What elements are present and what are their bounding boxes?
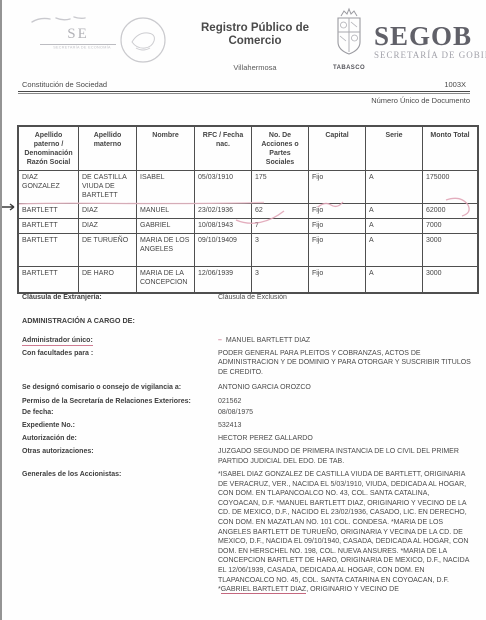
administration-heading: ADMINISTRACIÓN A CARGO DE: — [22, 316, 472, 325]
table-cell: 23/02/1936 — [195, 204, 252, 219]
shareholders-details-paragraph: *ISABEL DIAZ GONZALEZ DE CASTILLA VIUDA … — [218, 470, 472, 595]
col-header-nombre: Nombre — [137, 127, 195, 171]
field-autorizacion: Autorización de: HECTOR PEREZ GALLARDO — [22, 434, 472, 444]
document-number: 1003X — [444, 80, 466, 89]
info-section: Cláusula de Extranjería: Cláusula de Exc… — [22, 293, 472, 595]
table-cell: Fijo — [309, 267, 366, 293]
table-cell: BARTLETT — [19, 267, 79, 293]
col-header-monto: Monto Total — [423, 127, 478, 171]
registry-title: Registro Público de Comercio — [165, 22, 345, 48]
divider-rule — [18, 91, 470, 94]
table-cell: GABRIEL — [137, 219, 195, 234]
field-permiso-sre: Permiso de la Secretaría de Relaciones E… — [22, 397, 472, 407]
table-cell: DE HARO — [79, 267, 137, 293]
table-row: BARTLETT DIAZ MANUEL 23/02/1936 62 Fijo … — [19, 204, 478, 219]
table-cell: A — [366, 171, 423, 204]
table-cell: MARIA DE LOS ANGELES — [137, 234, 195, 267]
field-comisario: Se designó comisario o consejo de vigila… — [22, 383, 472, 393]
table-cell: 12/06/1939 — [195, 267, 252, 293]
tabasco-label: TABASCO — [324, 65, 374, 71]
table-cell: 7 — [252, 219, 309, 234]
field-label: De fecha: — [22, 408, 218, 418]
table-cell: 175 — [252, 171, 309, 204]
se-logo-rule — [40, 44, 116, 45]
field-label: Se designó comisario o consejo de vigila… — [22, 383, 218, 393]
col-header-serie: Serie — [366, 127, 423, 171]
table-cell: DIAZ — [79, 219, 137, 234]
table-cell: Fijo — [309, 204, 366, 219]
document-bar: Constitución de Sociedad 1003X Número Ún… — [18, 80, 470, 105]
se-logo-text: SE — [38, 26, 118, 43]
field-value: JUZGADO SEGUNDO DE PRIMERA INSTANCIA DE … — [218, 447, 472, 466]
table-cell: DIAZ — [79, 204, 137, 219]
field-value: 532413 — [218, 421, 472, 431]
field-value: HECTOR PEREZ GALLARDO — [218, 434, 472, 444]
table-cell: BARTLETT — [19, 204, 79, 219]
segob-logo-text: SEGOB — [374, 22, 486, 50]
table-header-row: Apellido paterno / Denominación Razón So… — [19, 127, 478, 171]
table-cell: 7000 — [423, 219, 478, 234]
registry-title-line1: Registro Público de — [165, 22, 345, 35]
document-type: Constitución de Sociedad — [22, 80, 107, 89]
col-header-capital: Capital — [309, 127, 366, 171]
table-cell: MANUEL — [137, 204, 195, 219]
se-economia-logo: SE SECRETARÍA DE ECONOMÍA — [38, 26, 118, 52]
table-cell: A — [366, 234, 423, 267]
table-cell: ISABEL — [137, 171, 195, 204]
field-de-fecha: De fecha: 08/08/1975 — [22, 408, 472, 418]
field-value: ANTONIO GARCIA OROZCO — [218, 383, 472, 393]
table-row: BARTLETT DIAZ GABRIEL 10/08/1943 7 Fijo … — [19, 219, 478, 234]
table-cell: MARIA DE LA CONCEPCION — [137, 267, 195, 293]
segob-logo-subtitle: SECRETARÍA DE GOBIE — [374, 50, 486, 60]
document-number-label: Número Único de Documento — [18, 96, 470, 105]
table-cell: Fijo — [309, 234, 366, 267]
segob-logo: SEGOB SECRETARÍA DE GOBIE — [374, 22, 486, 60]
table-row: BARTLETT DE HARO MARIA DE LA CONCEPCION … — [19, 267, 478, 293]
table-cell: DE TURUEÑO — [79, 234, 137, 267]
document-page: SE SECRETARÍA DE ECONOMÍA Registro Públi… — [0, 0, 486, 620]
underlined-name: GABRIEL BARTLETT DIAZ — [221, 586, 306, 594]
field-label: Generales de los Accionistas: — [22, 470, 218, 595]
table-cell: 3000 — [423, 267, 478, 293]
table-cell: 09/10/19409 — [195, 234, 252, 267]
field-label: Otras autorizaciones: — [22, 447, 218, 466]
paragraph-text: , ORIGINARIO Y VECINO DE — [306, 586, 399, 593]
table-cell: 175000 — [423, 171, 478, 204]
field-administrador-unico: Administrador único: –MANUEL BARTLETT DI… — [22, 336, 472, 346]
table-cell: 10/08/1943 — [195, 219, 252, 234]
field-label: Expediente No.: — [22, 421, 218, 431]
field-otras-autorizaciones: Otras autorizaciones: JUZGADO SEGUNDO DE… — [22, 447, 472, 466]
field-value: Cláusula de Exclusión — [218, 293, 472, 303]
field-value: 08/08/1975 — [218, 408, 472, 418]
registry-title-line2: Comercio — [165, 35, 345, 48]
table-cell: Fijo — [309, 171, 366, 204]
field-clausula-extranjeria: Cláusula de Extranjería: Cláusula de Exc… — [22, 293, 472, 303]
field-value: PODER GENERAL PARA PLEITOS Y COBRANZAS, … — [218, 349, 472, 378]
table-cell: 62 — [252, 204, 309, 219]
table-cell: BARTLETT — [19, 219, 79, 234]
field-facultades: Con facultades para : PODER GENERAL PARA… — [22, 349, 472, 378]
table-cell: 3000 — [423, 234, 478, 267]
row-pointer-arrow-icon — [2, 204, 14, 210]
table-cell: A — [366, 219, 423, 234]
eagle-seal-icon — [118, 14, 168, 66]
field-label: Autorización de: — [22, 434, 218, 444]
tabasco-seal: TABASCO — [324, 7, 374, 71]
field-value: MANUEL BARTLETT DIAZ — [226, 337, 310, 344]
table-cell: A — [366, 267, 423, 293]
table-cell: 3 — [252, 234, 309, 267]
field-expediente: Expediente No.: 532413 — [22, 421, 472, 431]
paragraph-text: *ISABEL DIAZ GONZALEZ DE CASTILLA VIUDA … — [218, 471, 469, 593]
col-header-apellido-paterno: Apellido paterno / Denominación Razón So… — [19, 127, 79, 171]
table-cell: DIAZ GONZALEZ — [19, 171, 79, 204]
col-header-rfc: RFC / Fecha nac. — [195, 127, 252, 171]
table-cell: Fijo — [309, 219, 366, 234]
registry-city: Villahermosa — [165, 63, 345, 72]
field-generales-accionistas: Generales de los Accionistas: *ISABEL DI… — [22, 470, 472, 595]
table-cell: 62000 — [423, 204, 478, 219]
se-logo-subtitle: SECRETARÍA DE ECONOMÍA — [53, 46, 103, 50]
col-header-apellido-materno: Apellido materno — [79, 127, 137, 171]
table-cell: 05/03/1910 — [195, 171, 252, 204]
field-label: Permiso de la Secretaría de Relaciones E… — [22, 397, 218, 407]
table-cell: A — [366, 204, 423, 219]
field-label: Con facultades para : — [22, 349, 218, 378]
table-row: DIAZ GONZALEZ DE CASTILLA VIUDA DE BARTL… — [19, 171, 478, 204]
tabasco-coat-of-arms-icon — [326, 7, 372, 59]
pink-dash-mark: – — [218, 337, 222, 344]
table-cell: 3 — [252, 267, 309, 293]
shareholders-table: Apellido paterno / Denominación Razón So… — [18, 126, 477, 293]
table-cell: DE CASTILLA VIUDA DE BARTLETT — [79, 171, 137, 204]
field-label: Administrador único: — [22, 337, 93, 346]
table-row: BARTLETT DE TURUEÑO MARIA DE LOS ANGELES… — [19, 234, 478, 267]
field-value: 021562 — [218, 397, 472, 407]
field-label: Cláusula de Extranjería: — [22, 293, 218, 303]
scan-edge-line — [0, 0, 2, 620]
col-header-acciones: No. De Acciones o Partes Sociales — [252, 127, 309, 171]
table-cell: BARTLETT — [19, 234, 79, 267]
